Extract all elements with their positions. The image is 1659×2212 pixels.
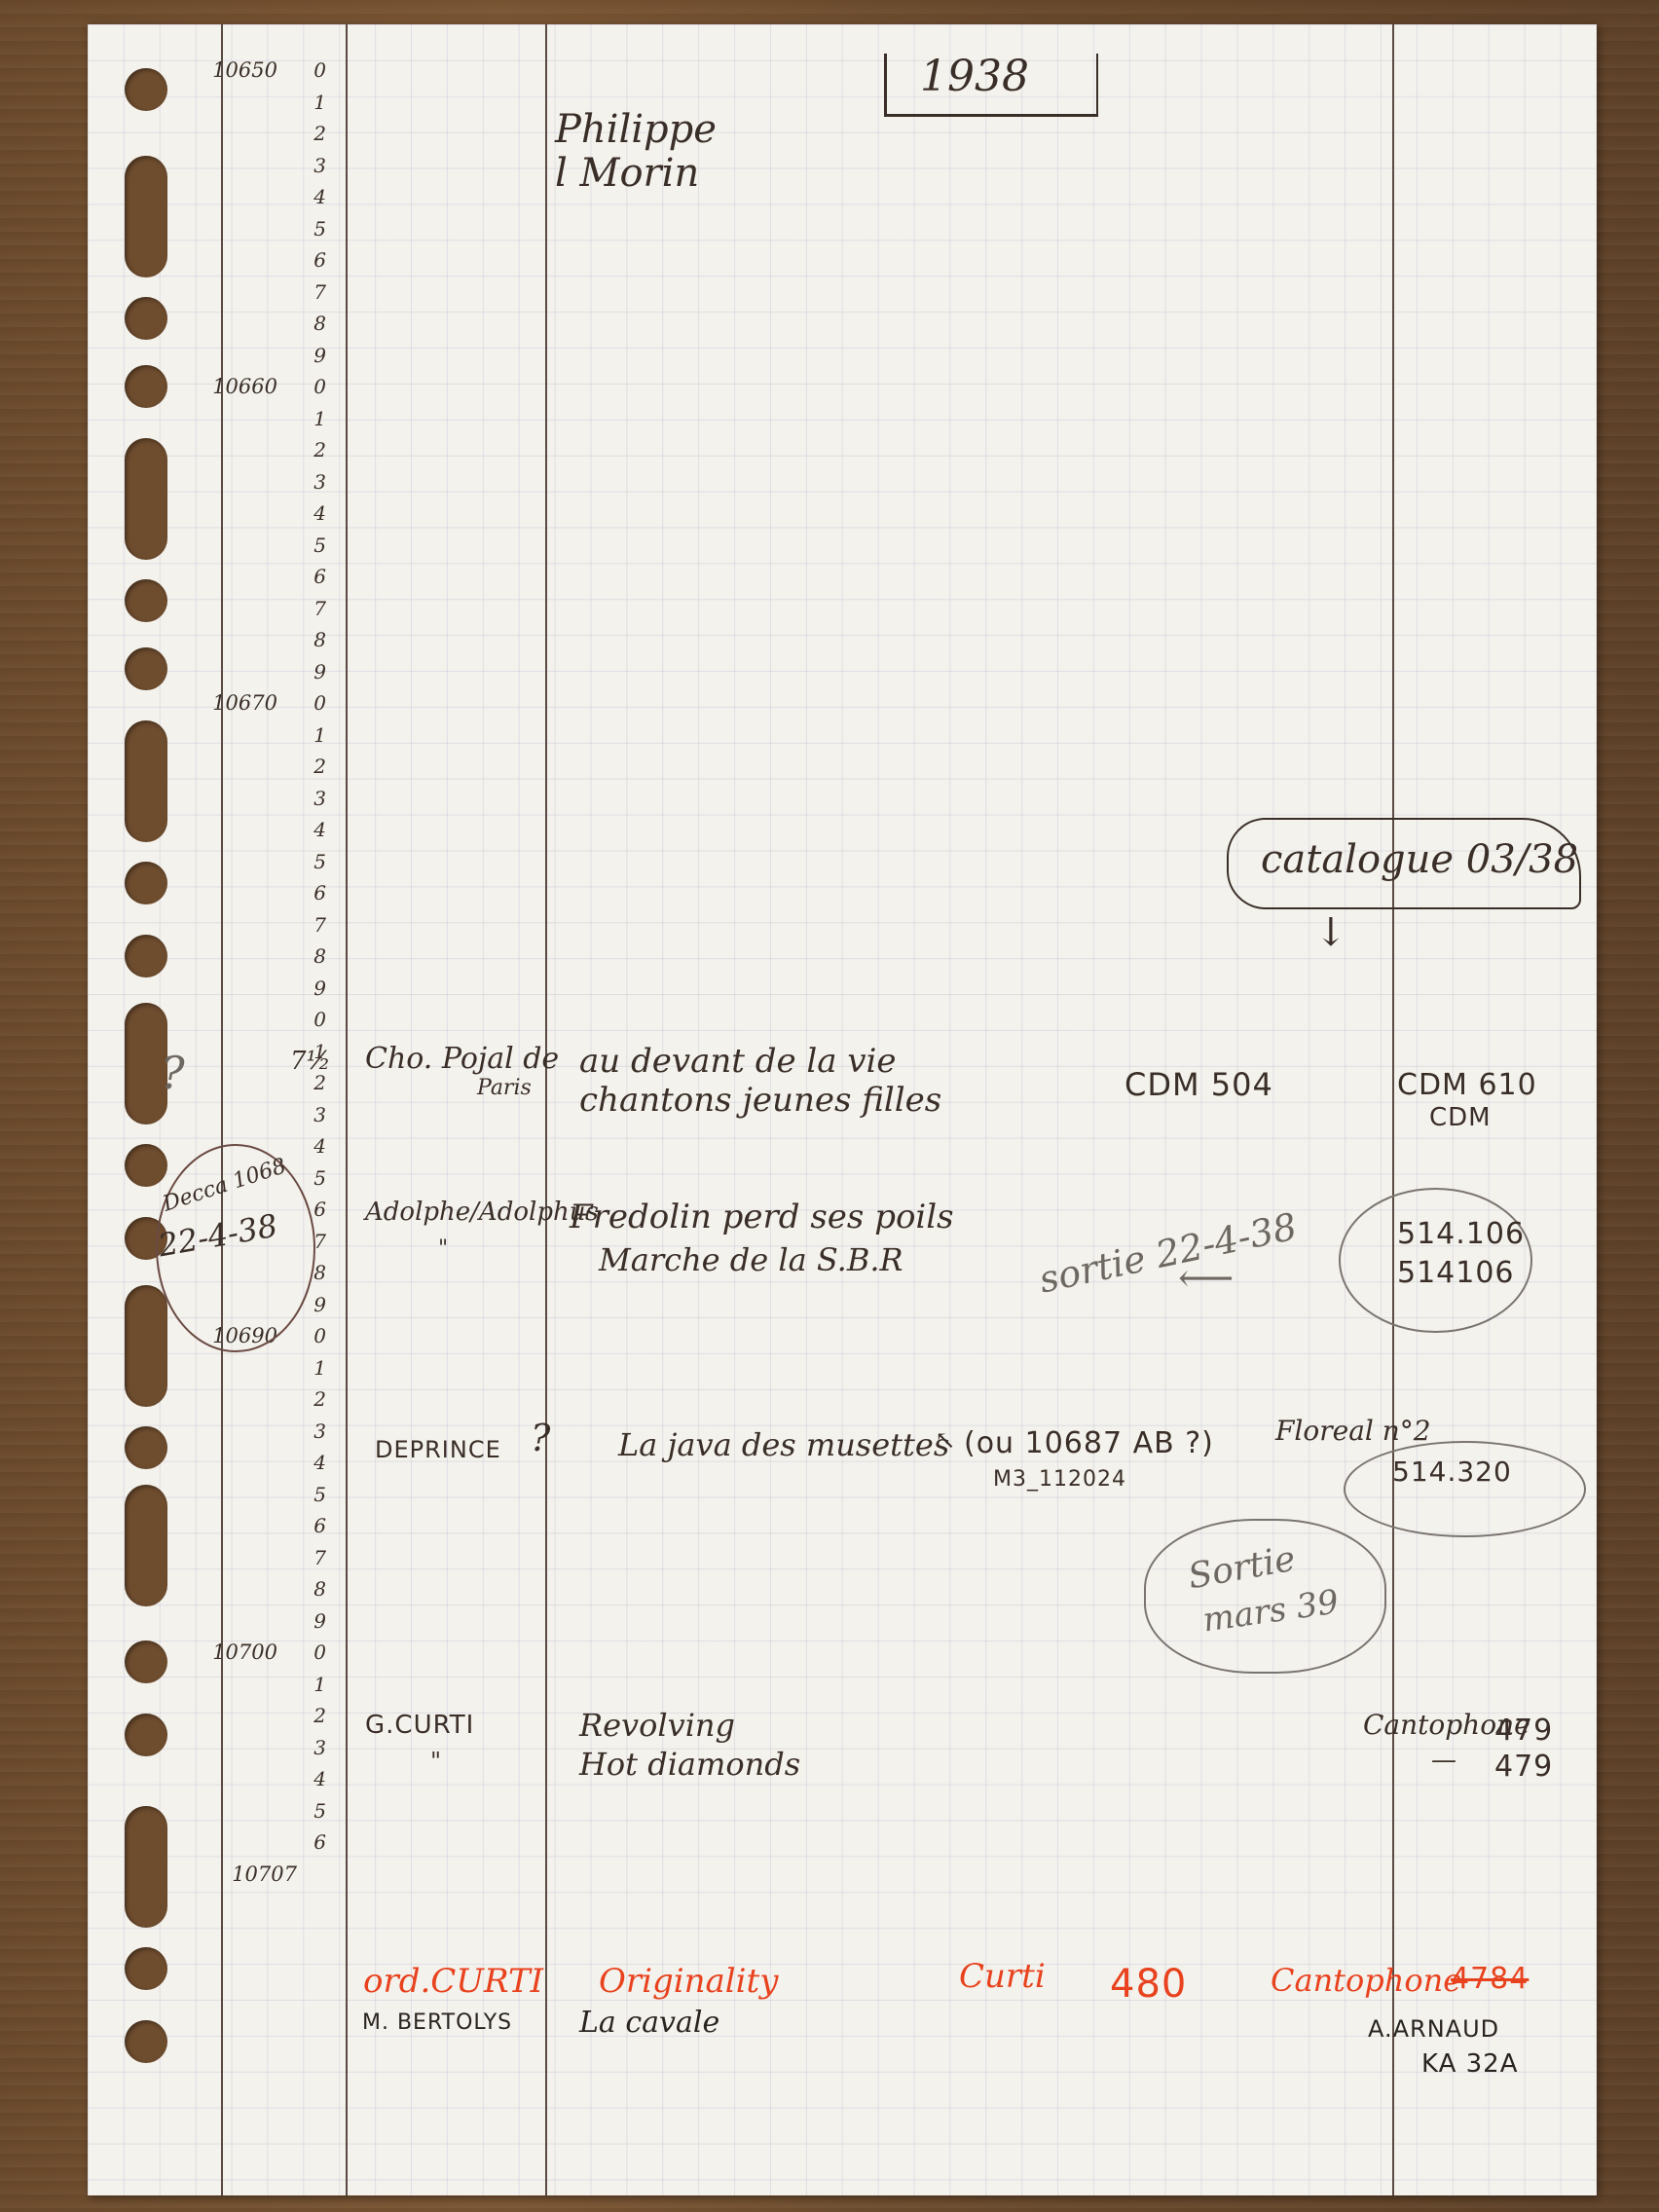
row-number: 0	[268, 58, 326, 82]
punch-hole	[125, 1485, 167, 1606]
label-ref: CDM	[1429, 1103, 1492, 1132]
disc-number: 479	[1494, 1750, 1553, 1784]
punch-hole	[125, 935, 167, 977]
entry-title: au devant de la vie	[579, 1042, 897, 1081]
punch-hole	[125, 647, 167, 690]
row-number: 3	[268, 1103, 326, 1126]
row-number: 4	[268, 1767, 326, 1790]
row-number: 6	[268, 248, 326, 272]
label-name: Cantophone	[1271, 1962, 1461, 1999]
row-number: 1	[268, 723, 326, 747]
row-number: 0	[268, 1641, 326, 1664]
margin-question: ?	[161, 1047, 185, 1099]
row-number: 6	[268, 1830, 326, 1854]
arrow-left-icon: ⟵	[1178, 1256, 1234, 1301]
ditto-dash: —	[1431, 1746, 1456, 1775]
entry-title: La cavale	[579, 2006, 719, 2040]
ref-code: KA 32A	[1421, 2049, 1519, 2079]
entry-title: Fredolin perd ses poils	[570, 1198, 954, 1236]
row-number: 6	[268, 881, 326, 904]
row-number: 8	[268, 628, 326, 651]
entry-artist-line2: Paris	[477, 1076, 532, 1100]
punch-hole	[125, 862, 167, 904]
column-rule	[545, 24, 547, 2195]
punch-hole	[125, 579, 167, 622]
column-rule	[1392, 24, 1394, 2195]
row-number: 8	[268, 1577, 326, 1601]
row-number-block: 10670	[161, 691, 277, 715]
punch-hole	[125, 2020, 167, 2063]
row-number: 0	[268, 375, 326, 398]
row-number: 2	[268, 1387, 326, 1411]
punch-hole	[125, 156, 167, 277]
entry-title: Revolving	[579, 1707, 735, 1744]
ditto-mark: "	[430, 1748, 441, 1775]
row-number: 9	[268, 660, 326, 683]
punch-hole	[125, 720, 167, 842]
punch-hole	[125, 438, 167, 560]
row-number-block: 10700	[161, 1641, 277, 1664]
punch-hole	[125, 1714, 167, 1756]
entry-title: chantons jeunes filles	[579, 1081, 941, 1120]
row-number: 7	[268, 280, 326, 304]
row-number: 5	[268, 534, 326, 557]
row-number: 5	[268, 1799, 326, 1823]
row-number: 7	[268, 1546, 326, 1569]
entry-artist: Cho. Pojal de	[365, 1042, 559, 1076]
row-number: 2	[268, 1704, 326, 1727]
entry-title: Marche de la S.B.R	[599, 1241, 903, 1278]
row-number: 3	[268, 787, 326, 810]
alt-ref: M3_112024	[993, 1467, 1126, 1492]
disc-number-struck: 4784	[1451, 1962, 1529, 1996]
entry-number: 480	[1110, 1962, 1187, 2007]
entry-title: Hot diamonds	[579, 1746, 800, 1783]
column-rule	[346, 24, 348, 2195]
row-number-block: 10650	[161, 58, 277, 82]
row-number: 9	[268, 1609, 326, 1633]
row-number: 3	[268, 1736, 326, 1759]
row-number: 0	[268, 691, 326, 715]
row-number: 4	[268, 1451, 326, 1474]
row-number-block: 10660	[161, 375, 277, 398]
row-number: 0	[268, 1008, 326, 1031]
label-name: Floreal n°2	[1275, 1415, 1431, 1447]
row-number: 7	[268, 597, 326, 620]
punch-hole	[125, 1144, 167, 1187]
row-number: 8	[268, 944, 326, 968]
question-mark: ?	[531, 1417, 550, 1459]
header-note: l Morin	[555, 151, 699, 196]
composer: Curti	[959, 1957, 1046, 1996]
row-number: 4	[268, 501, 326, 525]
row-number: 6	[268, 565, 326, 588]
row-number: 3	[268, 1419, 326, 1443]
punch-hole	[125, 1426, 167, 1469]
punch-hole	[125, 1806, 167, 1928]
entry-artist: G.CURTI	[365, 1711, 474, 1740]
row-number: 2	[268, 122, 326, 145]
row-number: 3	[268, 470, 326, 494]
year-label: 1938	[920, 52, 1029, 101]
row-mark: 7½	[290, 1047, 331, 1076]
row-number: 3	[268, 154, 326, 177]
row-number: 5	[268, 850, 326, 873]
ledger-page: 1065001234567891066001234567891067001234…	[88, 24, 1597, 2195]
arrow-down-icon: ↓	[1314, 910, 1347, 955]
entry-title: Originality	[599, 1962, 778, 2001]
row-number: 8	[268, 312, 326, 335]
entry-artist: DEPRINCE	[375, 1436, 501, 1463]
row-number: 2	[268, 755, 326, 778]
row-number: 4	[268, 185, 326, 208]
arrow-left-icon: ↖	[935, 1426, 956, 1456]
ref-name: A.ARNAUD	[1368, 2015, 1499, 2043]
entry-artist: M. BERTOLYS	[362, 2010, 512, 2035]
row-number: 2	[268, 438, 326, 461]
row-number: 1	[268, 407, 326, 430]
row-number: 5	[268, 217, 326, 240]
row-number: 1	[268, 91, 326, 114]
entry-title: La java des musettes	[618, 1426, 949, 1463]
disc-number: 514.106	[1397, 1217, 1525, 1251]
row-number: 1	[268, 1673, 326, 1696]
disc-number: 514.320	[1392, 1456, 1512, 1488]
row-number: 1	[268, 1356, 326, 1380]
release-note: sortie 22-4-38	[1035, 1205, 1300, 1302]
disc-number: 514106	[1397, 1256, 1515, 1290]
row-number: 9	[268, 344, 326, 367]
row-number: 9	[268, 977, 326, 1000]
entry-artist: Adolphe/Adolphus	[365, 1198, 599, 1227]
row-number-block: 10707	[180, 1862, 297, 1886]
disc-number: 479	[1494, 1714, 1553, 1748]
row-number: 4	[268, 1134, 326, 1158]
catalogue-note: catalogue 03/38	[1261, 837, 1578, 882]
row-number: 6	[268, 1514, 326, 1537]
punch-hole	[125, 297, 167, 340]
catalogue-ref: CDM 504	[1124, 1066, 1273, 1103]
entry-artist: ord.CURTI	[363, 1962, 543, 2001]
row-number: 7	[268, 913, 326, 937]
ditto-mark: "	[438, 1236, 448, 1261]
punch-hole	[125, 1947, 167, 1990]
row-number: 4	[268, 818, 326, 841]
header-note: Philippe	[555, 107, 717, 152]
alt-number-note: (ou 10687 AB ?)	[964, 1426, 1214, 1460]
label-ref: CDM 610	[1397, 1068, 1537, 1102]
row-number: 5	[268, 1483, 326, 1506]
